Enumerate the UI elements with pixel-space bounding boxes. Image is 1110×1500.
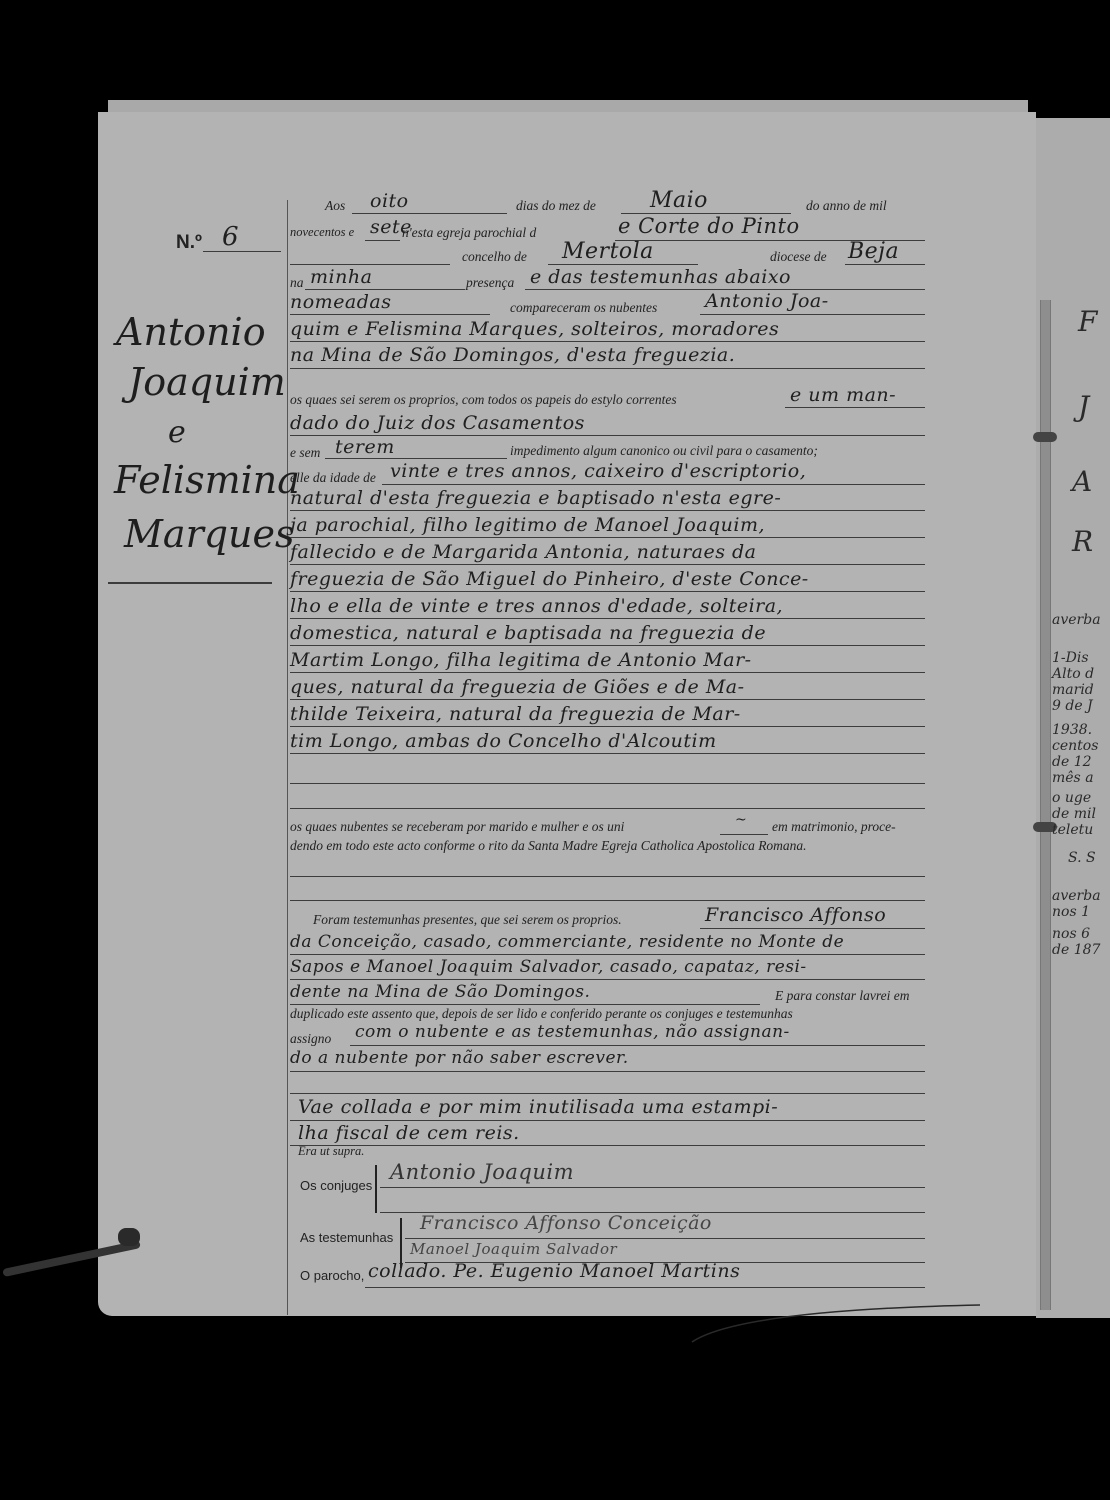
field-rule	[290, 1093, 925, 1094]
binding-gutter	[1040, 300, 1051, 1310]
field-rule	[305, 289, 465, 290]
body-line: freguezia de São Miguel do Pinheiro, d'e…	[290, 568, 809, 590]
label-dias-do-mez: dias do mez de	[516, 198, 596, 214]
margin-name-bride-surname: Marques	[124, 512, 295, 556]
facing-annotation: teletu	[1052, 822, 1093, 838]
facing-page-initial: F	[1078, 305, 1097, 338]
field-uni-value: ~	[735, 812, 747, 828]
field-nomeadas: nomeadas	[290, 291, 392, 313]
field-groom-details: vinte e tres annos, caixeiro d'escriptor…	[390, 460, 806, 482]
signature-rule	[405, 1238, 925, 1239]
facing-annotation: mês a	[1052, 770, 1094, 786]
field-rule	[290, 876, 925, 877]
field-witness-1: Francisco Affonso	[705, 904, 886, 926]
binding-knot	[118, 1228, 140, 1246]
facing-annotation: nos 6	[1052, 926, 1090, 942]
label-testemunhas-presentes: Foram testemunhas presentes, que sei ser…	[313, 912, 622, 928]
label-assigno: assigno	[290, 1031, 331, 1047]
field-papeis-value: e um man-	[790, 384, 896, 406]
field-residence: na Mina de São Domingos, d'esta freguezi…	[290, 344, 735, 366]
field-witness-details: da Conceição, casado, commerciante, resi…	[290, 932, 844, 952]
label-testemunhas: As testemunhas	[300, 1230, 393, 1245]
field-rule	[290, 645, 925, 646]
field-rule	[290, 314, 490, 315]
field-concelho: Mertola	[562, 239, 654, 264]
field-rule	[325, 458, 507, 459]
facing-annotation: o uge	[1052, 790, 1091, 806]
field-rule	[290, 753, 925, 754]
facing-annotation: averba	[1052, 612, 1101, 628]
label-conjuges: Os conjuges	[300, 1178, 372, 1193]
field-rule	[720, 834, 768, 835]
field-rule	[350, 1045, 925, 1046]
label-egreja-parochial: n'esta egreja parochial d	[402, 225, 536, 241]
label-aos: Aos	[325, 198, 345, 214]
signature-parocho: collado. Pe. Eugenio Manoel Martins	[368, 1260, 740, 1282]
entry-number-rule	[203, 251, 281, 252]
field-rule	[382, 484, 925, 485]
field-mandado: dado do Juiz dos Casamentos	[290, 412, 585, 434]
field-stamp-note-cont: lha fiscal de cem reis.	[298, 1122, 520, 1144]
body-line: Martim Longo, filha legitima de Antonio …	[290, 649, 752, 671]
entry-number: 6	[222, 222, 239, 252]
field-rule	[548, 264, 698, 265]
signature-conjuge: Antonio Joaquim	[390, 1160, 574, 1184]
label-presenca: presença	[466, 275, 514, 291]
signature-flourish	[680, 1300, 980, 1350]
field-presence-of: minha	[310, 266, 372, 288]
field-rule	[352, 213, 507, 214]
label-rito: dendo em todo este acto conforme o rito …	[290, 838, 807, 854]
field-rule	[290, 783, 925, 784]
facing-annotation: nos 1	[1052, 904, 1090, 920]
facing-annotation: S. S	[1068, 850, 1096, 866]
signature-witness-2: Manoel Joaquim Salvador	[410, 1240, 617, 1258]
field-rule	[700, 314, 925, 315]
field-rule	[290, 341, 925, 342]
label-e-sem: e sem	[290, 445, 320, 461]
field-rule	[290, 979, 925, 980]
body-line: lho e ella de vinte e tres annos d'edade…	[290, 595, 783, 617]
field-diocese: Beja	[848, 239, 899, 264]
field-presenca-value: e das testemunhas abaixo	[530, 266, 791, 288]
facing-annotation: 1938.	[1052, 722, 1092, 738]
field-month: Maio	[650, 188, 708, 213]
facing-annotation: de 12	[1052, 754, 1092, 770]
facing-annotation: 1-Dis	[1052, 650, 1089, 666]
field-rule	[290, 368, 925, 369]
signature-rule	[365, 1287, 925, 1288]
facing-annotation: de 187	[1052, 942, 1100, 958]
facing-annotation: Alto d	[1052, 666, 1094, 682]
body-line: thilde Teixeira, natural da freguezia de…	[290, 703, 741, 725]
field-rule	[290, 808, 925, 809]
field-nubentes-cont: quim e Felismina Marques, solteiros, mor…	[290, 318, 779, 340]
field-rule	[290, 672, 925, 673]
facing-page-initial: R	[1072, 525, 1093, 558]
facing-annotation: 9 de J	[1052, 698, 1093, 714]
field-rule	[290, 1071, 925, 1072]
label-do-anno: do anno de mil	[806, 198, 887, 214]
field-rule	[290, 618, 925, 619]
body-line: natural d'esta freguezia e baptisado n'e…	[290, 487, 781, 509]
field-rule	[290, 954, 925, 955]
margin-name-groom-first: Antonio	[116, 310, 266, 354]
field-assigno-cont: do a nubente por não saber escrever.	[290, 1048, 629, 1068]
brace-conjuges	[375, 1165, 377, 1213]
field-rule	[290, 591, 925, 592]
body-line: tim Longo, ambas do Concelho d'Alcoutim	[290, 730, 717, 752]
field-rule	[365, 240, 400, 241]
facing-annotation: centos	[1052, 738, 1098, 754]
field-rule	[290, 264, 450, 265]
label-concelho: concelho de	[462, 249, 527, 265]
body-line: domestica, natural e baptisada na fregue…	[290, 622, 766, 644]
facing-annotation: marid	[1052, 682, 1094, 698]
label-compareceram: compareceram os nubentes	[510, 300, 657, 316]
margin-separator	[108, 582, 272, 584]
field-day: oito	[370, 190, 409, 212]
facing-annotation: de mil	[1052, 806, 1096, 822]
field-rule	[290, 564, 925, 565]
label-diocese: diocese de	[770, 249, 827, 265]
field-witness-residence: dente na Mina de São Domingos.	[290, 982, 590, 1002]
label-para-constar: E para constar lavrei em	[775, 988, 909, 1004]
label-novecentos: novecentos e	[290, 225, 354, 240]
facing-page-initial: A	[1072, 465, 1092, 498]
label-duplicado: duplicado este assento que, depois de se…	[290, 1006, 793, 1022]
signature-witness-1: Francisco Affonso Conceição	[420, 1212, 712, 1234]
signature-rule	[380, 1187, 925, 1188]
label-impedimento: impedimento algum canonico ou civil para…	[510, 443, 818, 459]
facing-annotation: averba	[1052, 888, 1101, 904]
field-rule	[290, 537, 925, 538]
facing-page-initial: J	[1078, 390, 1089, 423]
entry-number-label: N.º	[176, 232, 202, 254]
field-rule	[290, 510, 925, 511]
field-rule	[290, 1145, 925, 1146]
margin-name-bride-first: Felismina	[114, 458, 300, 502]
field-parish: e Corte do Pinto	[618, 214, 800, 238]
field-rule	[785, 407, 925, 408]
label-receberam: os quaes nubentes se receberam por marid…	[290, 819, 624, 835]
binding-stitch	[1033, 432, 1057, 442]
field-nubentes: Antonio Joa-	[705, 290, 829, 312]
label-era-ut-supra: Era ut supra.	[298, 1144, 364, 1159]
label-parocho: O parocho,	[300, 1268, 364, 1283]
body-line: ques, natural da freguezia de Giões e de…	[290, 676, 745, 698]
field-rule	[290, 900, 925, 901]
body-line: ja parochial, filho legitimo de Manoel J…	[290, 514, 765, 536]
label-elle-idade: elle da idade de	[290, 470, 376, 486]
field-witness-details: Sapos e Manoel Joaquim Salvador, casado,…	[290, 957, 807, 977]
label-papeis-correntes: os quaes sei serem os proprios, com todo…	[290, 392, 677, 408]
label-matrimonio: em matrimonio, proce-	[772, 819, 896, 835]
margin-name-groom-second: Joaquim	[128, 360, 286, 404]
field-rule	[845, 264, 925, 265]
field-assigno-value: com o nubente e as testemunhas, não assi…	[355, 1022, 790, 1042]
field-rule	[290, 1120, 925, 1121]
field-rule	[290, 726, 925, 727]
field-rule	[290, 699, 925, 700]
margin-rule	[287, 200, 288, 1315]
body-line: fallecido e de Margarida Antonia, natura…	[290, 541, 757, 563]
field-e-sem-value: terem	[335, 436, 395, 458]
field-stamp-note: Vae collada e por mim inutilisada uma es…	[298, 1096, 778, 1118]
field-rule	[290, 1004, 760, 1005]
margin-name-conjunction: e	[168, 415, 186, 450]
field-rule	[700, 928, 925, 929]
label-na: na	[290, 275, 304, 291]
